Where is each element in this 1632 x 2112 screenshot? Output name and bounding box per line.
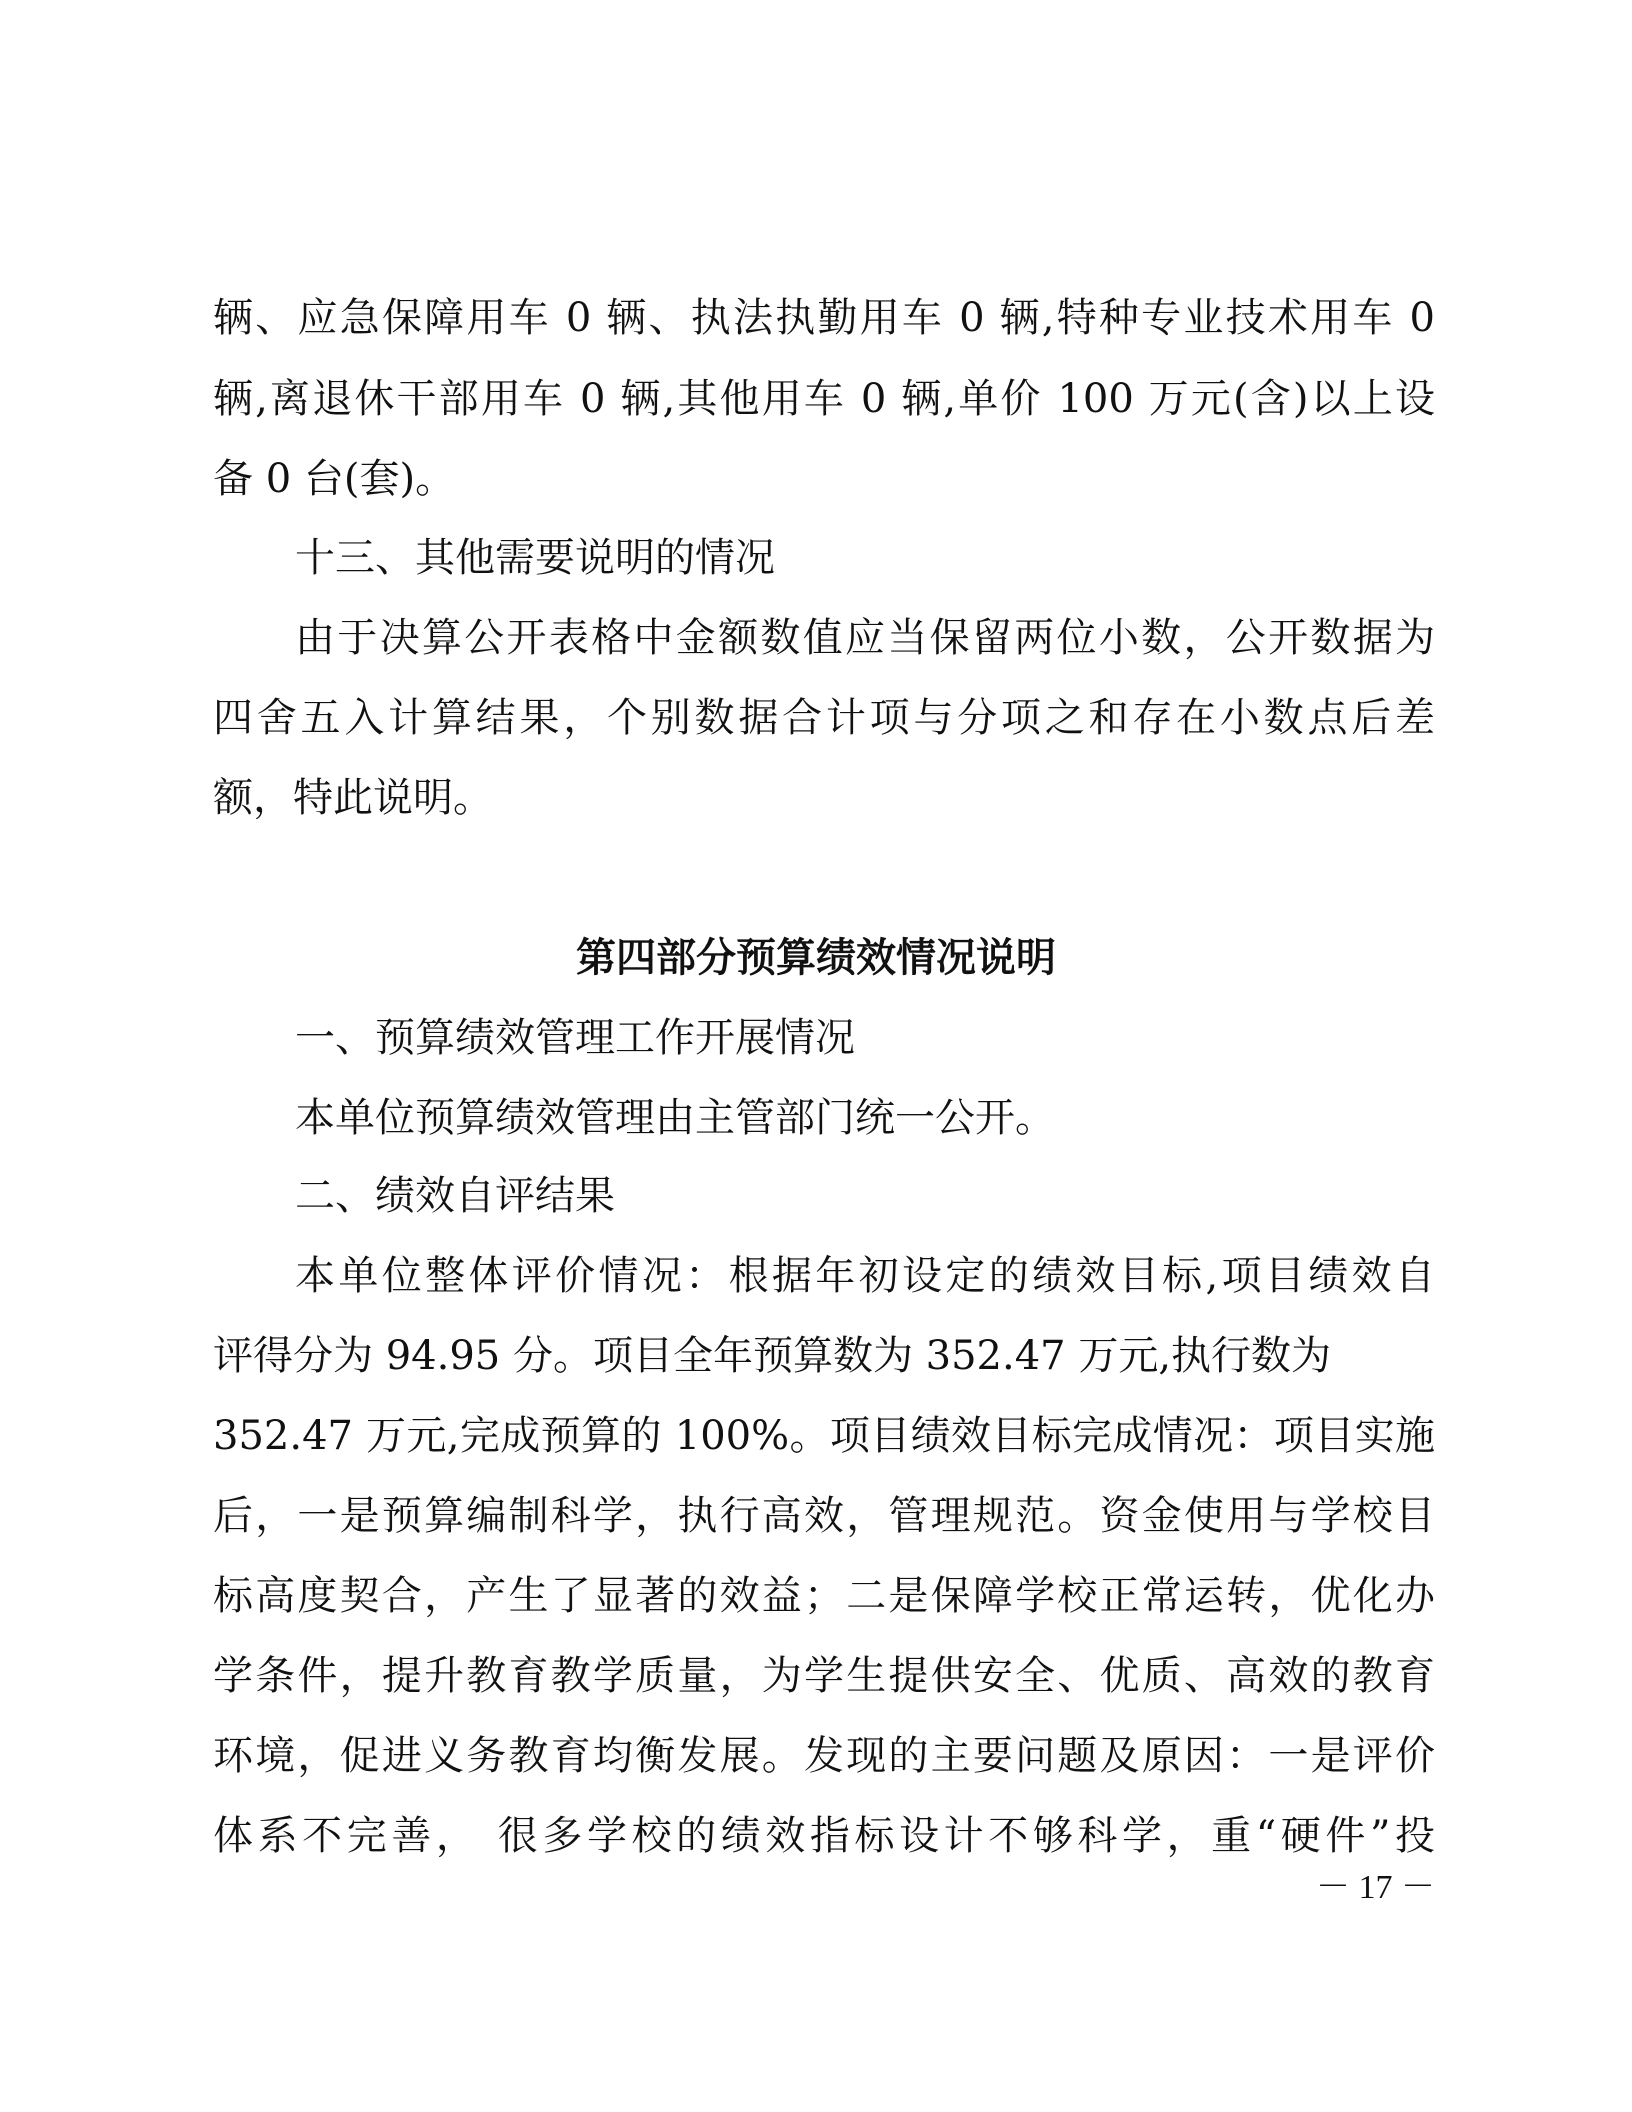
page-number: － 17 －: [1300, 1868, 1435, 1908]
body-text-line: 标高度契合，产生了显著的效益；二是保障学校正常运转，优化办: [213, 1570, 1435, 1622]
body-text-line: 备 0 台(套)。: [213, 453, 1435, 505]
body-text-line: 辆,离退休干部用车 0 辆,其他用车 0 辆,单价 100 万元(含)以上设: [213, 373, 1435, 425]
body-text-line: 四舍五入计算结果，个别数据合计项与分项之和存在小数点后差: [213, 692, 1435, 744]
section-heading: 一、预算绩效管理工作开展情况: [295, 1012, 1435, 1064]
body-text-line: 352.47 万元,完成预算的 100%。项目绩效目标完成情况：项目实施: [213, 1410, 1435, 1462]
section-heading: 二、绩效自评结果: [295, 1170, 1435, 1222]
body-text-line: 学条件，提升教育教学质量，为学生提供安全、优质、高效的教育: [213, 1650, 1435, 1702]
part-title: 第四部分预算绩效情况说明: [0, 932, 1632, 984]
section-heading: 十三、其他需要说明的情况: [295, 532, 1435, 584]
body-text-line: 额，特此说明。: [213, 772, 1435, 824]
body-text-line: 体系不完善， 很多学校的绩效指标设计不够科学，重“硬件”投: [213, 1810, 1435, 1862]
body-text-line: 由于决算公开表格中金额数值应当保留两位小数，公开数据为: [295, 612, 1435, 664]
body-text-line: 本单位预算绩效管理由主管部门统一公开。: [295, 1092, 1435, 1144]
body-text-line: 辆、应急保障用车 0 辆、执法执勤用车 0 辆,特种专业技术用车 0: [213, 292, 1435, 344]
body-text-line: 评得分为 94.95 分。项目全年预算数为 352.47 万元,执行数为: [213, 1330, 1435, 1382]
body-text-line: 本单位整体评价情况：根据年初设定的绩效目标,项目绩效自: [295, 1250, 1435, 1302]
body-text-line: 环境，促进义务教育均衡发展。发现的主要问题及原因：一是评价: [213, 1730, 1435, 1782]
document-page: 辆、应急保障用车 0 辆、执法执勤用车 0 辆,特种专业技术用车 0 辆,离退休…: [0, 0, 1632, 2112]
body-text-line: 后，一是预算编制科学，执行高效，管理规范。资金使用与学校目: [213, 1490, 1435, 1542]
